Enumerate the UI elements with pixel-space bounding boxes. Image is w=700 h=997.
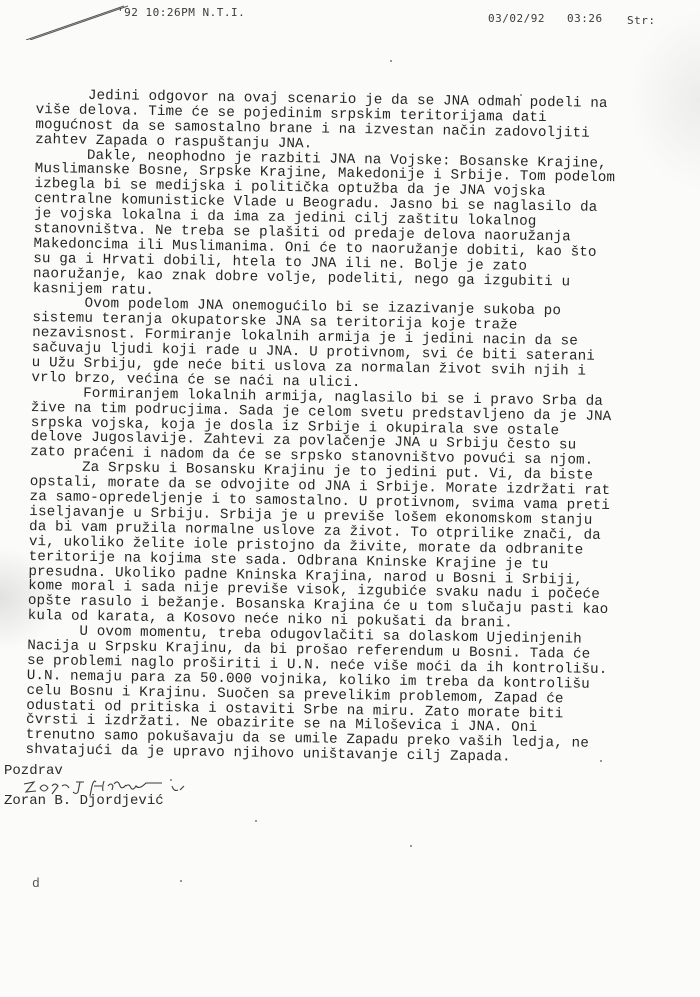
fax-page: '92 10:26PM N.T.I. 03/02/92 03:26 Str: J… [0,0,700,997]
speck [410,845,412,847]
closing-salutation: Pozdrav [4,763,63,779]
signature-name: Zoran B. Djordjević [4,793,164,809]
speck [255,820,257,822]
letter-body: Jedini odgovor na ovaj scenario je da se… [25,88,685,768]
fax-header: '92 10:26PM N.T.I. 03/02/92 03:26 Str: [0,6,700,26]
fax-sender-line: '92 10:26PM N.T.I. [117,6,245,19]
fax-page-label: Str: [627,14,656,27]
margin-mark: d [32,876,40,891]
speck [520,94,522,96]
fax-time: 03:26 [567,12,603,25]
speck [600,760,602,762]
fax-date: 03/02/92 [488,12,545,25]
speck [180,880,182,882]
speck [390,60,392,62]
